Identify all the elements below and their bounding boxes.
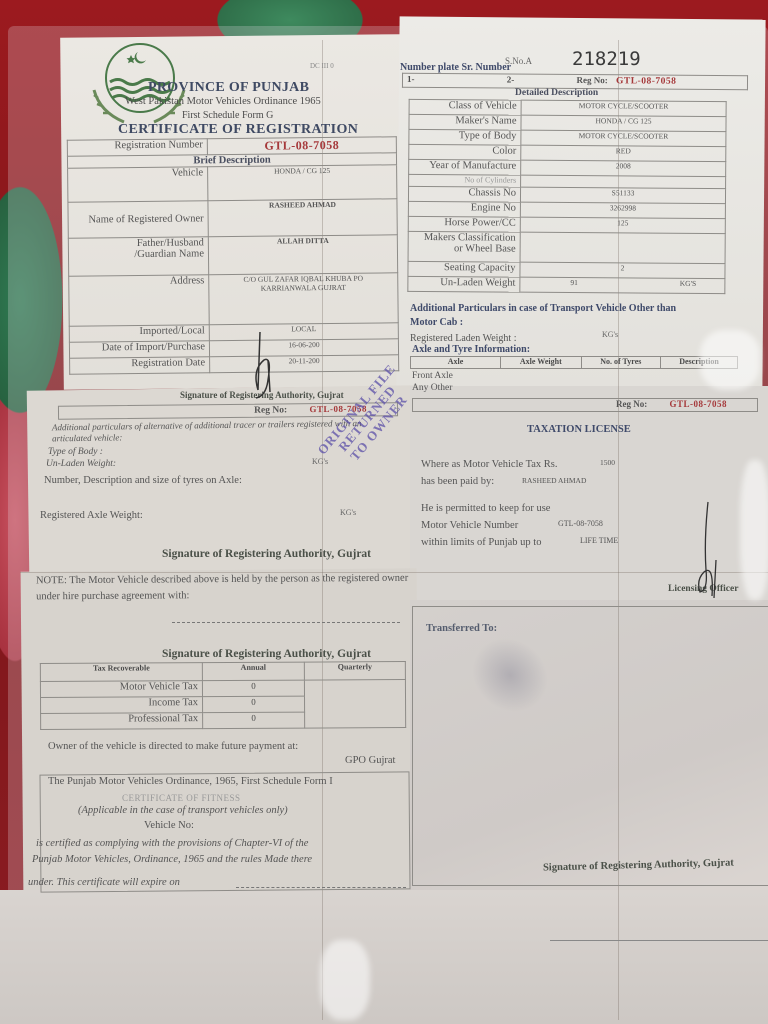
row-label: Class of Vehicle [409,99,521,115]
transport-heading: Additional Particulars in case of Transp… [410,302,690,330]
taxation-reg-box: Reg No: GTL-08-7058 [412,398,758,412]
payment-place: GPO Gujrat [345,755,395,766]
tax-row-label: Professional Tax [41,713,203,730]
vehicle-number-value: GTL-08-7058 [558,519,603,528]
row-label: Makers Classification or Wheel Base [408,231,520,262]
row-value: 20-11-200 [210,355,399,373]
row-label: Seating Capacity [408,261,520,277]
row-value: HONDA / CG 125 [521,115,726,131]
reg-no-label: Reg No: [576,75,607,85]
row-label: Engine No [408,201,520,217]
fitness-body-3: under. This certificate will expire on [28,877,180,888]
row-value: ALLAH DITTA [208,235,397,275]
row-value [520,232,725,263]
transferred-to-label: Transferred To: [426,623,497,634]
permit-line: He is permitted to keep for use [421,503,550,514]
brief-description-table: Registration Number GTL-08-7058 Brief De… [67,136,399,374]
tax-row-annual: 0 [202,680,304,697]
paid-by-label: has been paid by: [421,476,494,487]
tax-quarterly-cell [304,680,405,729]
row-value: 3262998 [520,202,725,218]
fitness-body-1: is certified as complying with the provi… [36,838,308,849]
row-label: Type of Body [409,129,521,145]
row-value: S51133 [520,187,725,203]
form-subtitle: First Schedule Form G [182,110,273,121]
tax-col-header: Quarterly [304,662,405,681]
number-plate-label: Number plate Sr. Number [400,62,511,73]
row-label: Un-Laden Weight [408,276,520,292]
tax-row-label: Motor Vehicle Tax [40,681,202,698]
plate-slot-2: 2- [507,75,515,85]
vehicle-number-label: Motor Vehicle Number [421,520,518,531]
taxation-reg-value: GTL-08-7058 [669,399,727,409]
axle-heading: Axle and Tyre Information: [412,344,530,355]
tax-table: Tax Recoverable Annual Quarterly Motor V… [40,661,406,730]
fitness-box [39,771,410,892]
hire-purchase-line [172,622,400,623]
row-label: Color [409,144,521,160]
trailer-axle-weight-label: Registered Axle Weight: [40,510,143,521]
row-value: C/O GUL ZAFAR IQBAL KHUBA PO KARRIANWALA… [209,273,399,325]
laden-weight-label: Registered Laden Weight : [410,333,516,344]
axle-col-header: Axle Weight [501,357,582,369]
taxation-title: TAXATION LICENSE [527,424,631,435]
payment-note: Owner of the vehicle is directed to make… [48,741,298,752]
certificate-title: CERTIFICATE OF REGISTRATION [118,122,358,138]
signature-icon [694,500,724,600]
registration-number-label: Registration Number [67,139,207,156]
unladen-weight-unit: KG's [680,279,696,288]
plate-slot-1: 1- [407,74,415,84]
row-value: 2 [520,262,725,278]
row-value: RED [521,145,726,161]
tax-row-annual: 0 [203,696,305,713]
panel-bottom-blank [0,890,768,1024]
row-value: LOCAL [209,323,398,341]
row-value: RASHEED AHMAD [208,199,397,237]
row-label: No of Cylinders [409,174,521,187]
bottom-rule [550,940,768,941]
fitness-title: CERTIFICATE OF FITNESS [122,793,240,803]
row-label: Maker's Name [409,114,521,130]
row-value: 16-06-200 [209,339,398,357]
hire-purchase-note: NOTE: The Motor Vehicle described above … [36,571,416,606]
row-label: Horse Power/CC [408,216,520,232]
tax-col-header: Annual [202,662,304,681]
row-value: MOTOR CYCLE/SCOOTER [521,100,726,116]
taxation-reg-label: Reg No: [616,399,647,409]
tax-amount-value: 1500 [600,458,615,467]
detailed-description-table: Class of VehicleMOTOR CYCLE/SCOOTER Make… [407,99,726,294]
row-label: Chassis No [408,186,520,202]
fitness-applicable: (Applicable in the case of transport veh… [78,805,288,816]
row-label: Date of Import/Purchase [69,341,209,358]
detailed-description-heading: Detailed Description [515,88,598,98]
trailer-tyres-label: Number, Description and size of tyres on… [44,475,242,486]
row-label: Registration Date [70,357,210,374]
tax-amount-label: Where as Motor Vehicle Tax Rs. [421,459,558,470]
limits-label: within limits of Punjab up to [421,537,541,548]
axle-table: Axle Axle Weight No. of Tyres Descriptio… [410,356,738,369]
paid-by-value: RASHEED AHMAD [522,476,586,485]
tax-row-annual: 0 [203,712,305,729]
trailer-reg-label: Reg No: [254,405,287,415]
dc-marks: DC III 0 [310,62,334,70]
fitness-body-2: Punjab Motor Vehicles, Ordinance, 1965 a… [32,854,312,865]
fitness-ordinance: The Punjab Motor Vehicles Ordinance, 196… [48,776,333,787]
signature-label-hire: Signature of Registering Authority, Gujr… [162,648,371,660]
ordinance-subtitle: West Pakistan Motor Vehicles Ordinance 1… [125,96,321,107]
limits-value: LIFE TIME [580,536,618,545]
transfer-box [412,606,768,886]
row-label: Year of Manufacture [409,159,521,175]
serial-number: 218219 [572,48,641,70]
plastic-glare [320,940,370,1020]
tax-row-label: Income Tax [41,697,203,714]
row-label: Vehicle [68,167,208,202]
axle-col-header: No. of Tyres [581,357,660,369]
plastic-glare [700,330,760,390]
laden-weight-unit: KG's [602,330,618,339]
row-label: Imported/Local [69,325,209,342]
plastic-glare [740,460,768,600]
signature-icon [250,330,280,400]
row-value: 2008 [521,160,726,176]
reg-no-value: GTL-08-7058 [616,76,676,86]
fitness-expiry-line [236,887,406,888]
row-value: 125 [520,217,725,233]
province-title: PROVINCE OF PUNJAB [148,80,309,96]
row-value: HONDA / CG 125 [208,165,397,201]
row-label: Address [69,275,210,326]
registration-document: DC III 0 PROVINCE OF PUNJAB West Pakista… [0,0,768,1024]
row-label: Name of Registered Owner [68,201,208,238]
row-label: Father/Husband /Guardian Name [68,237,208,276]
unladen-weight-value: 91 [570,278,578,287]
trailer-type-body: Type of Body : [48,447,103,457]
signature-label-trailer: Signature of Registering Authority, Gujr… [162,548,371,560]
tax-col-header: Tax Recoverable [40,663,202,682]
fitness-vehicle-no: Vehicle No: [144,820,194,831]
trailer-unladen-weight: Un-Laden Weight: [46,459,116,469]
registration-number-value: GTL-08-7058 [207,137,396,155]
row-value: MOTOR CYCLE/SCOOTER [521,130,726,146]
